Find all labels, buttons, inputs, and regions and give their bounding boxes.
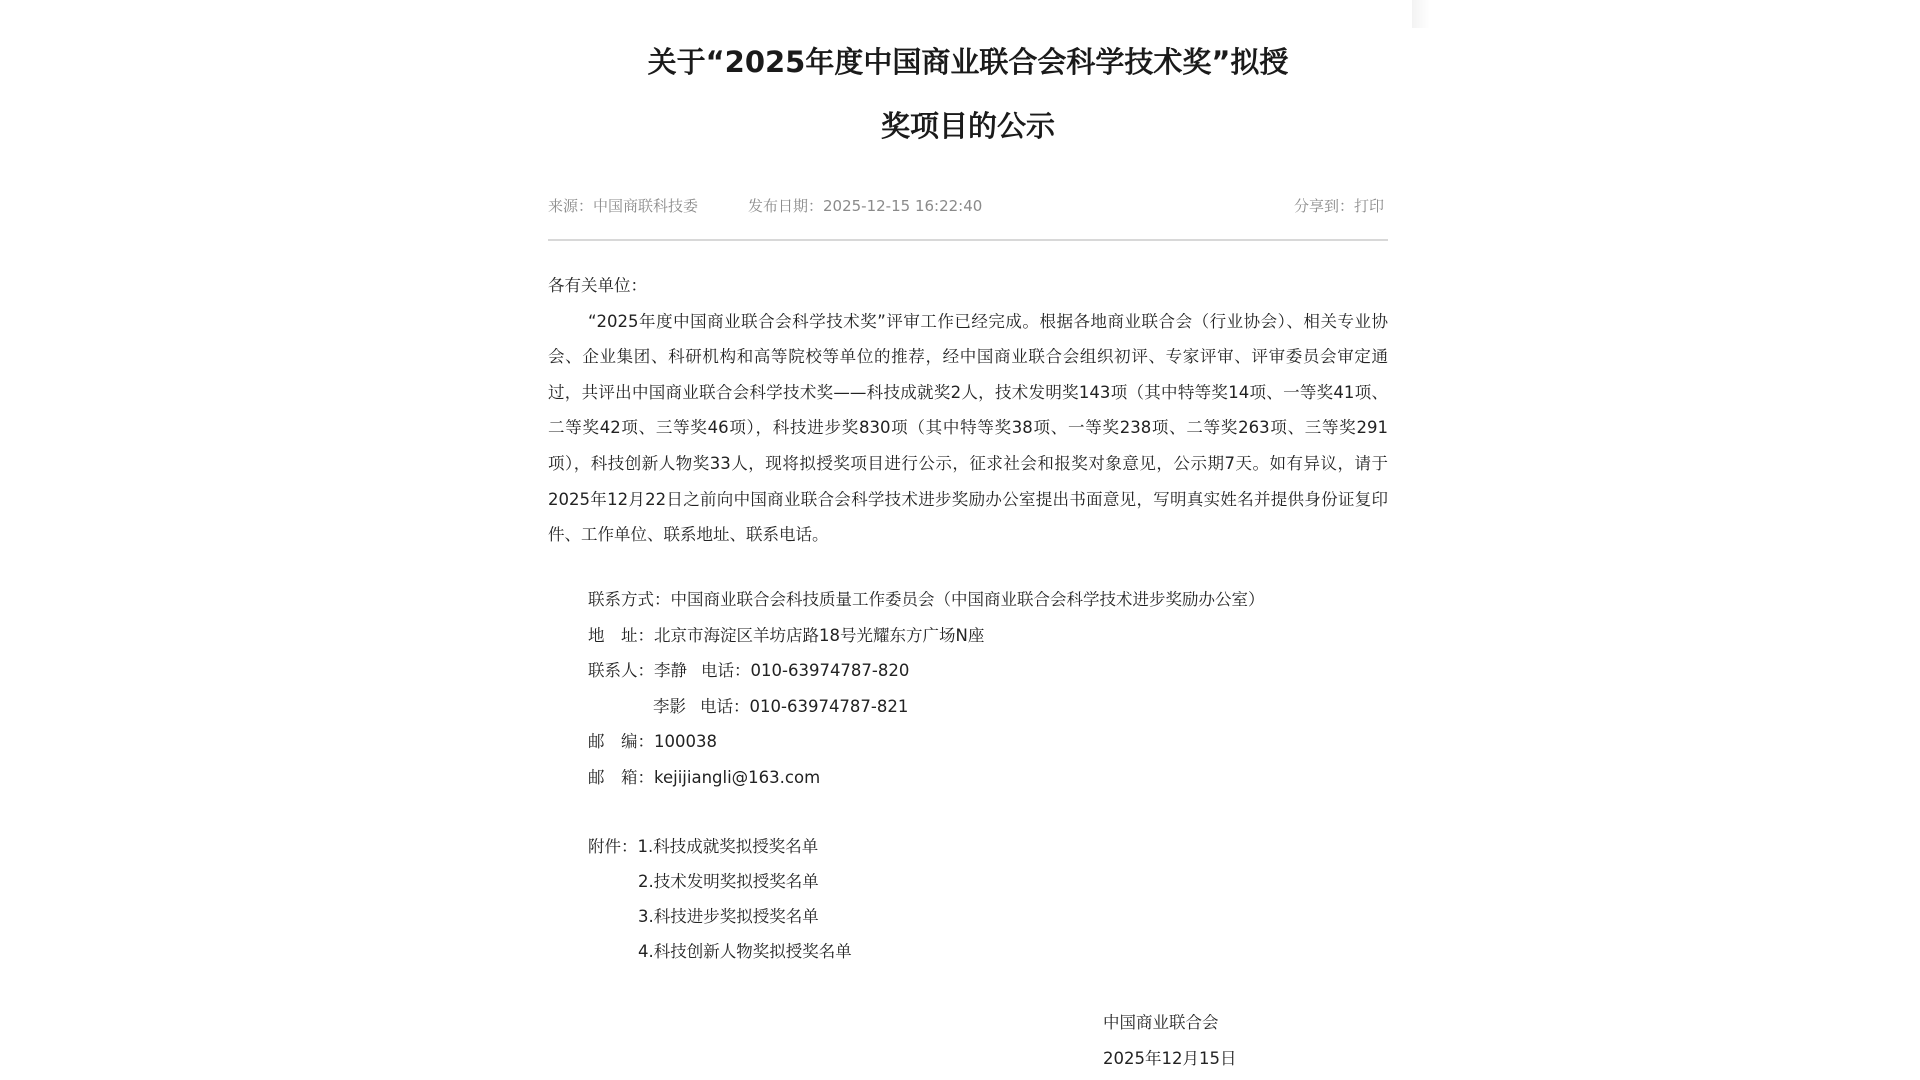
- contact-person-name: 李静: [654, 661, 687, 680]
- share-bar: 分享到：打印: [1294, 195, 1384, 216]
- email-label: 邮 箱：: [588, 768, 654, 787]
- phone-number: 010-63974787-821: [750, 697, 909, 716]
- contact-method-label: 联系方式：: [588, 590, 671, 609]
- signature-block: 中国商业联合会 2025年12月15日: [1103, 1005, 1236, 1077]
- contact-method-value: 中国商业联合会科技质量工作委员会（中国商业联合会科学技术进步奖励办公室）: [671, 590, 1265, 609]
- attachment-row-3: 3.科技进步奖拟授奖名单: [588, 899, 852, 934]
- contact-method-row: 联系方式：中国商业联合会科技质量工作委员会（中国商业联合会科学技术进步奖励办公室…: [588, 582, 1265, 618]
- contact-block: 联系方式：中国商业联合会科技质量工作委员会（中国商业联合会科学技术进步奖励办公室…: [588, 582, 1265, 795]
- postcode-value: 100038: [654, 732, 717, 751]
- attachment-link[interactable]: 1.科技成就奖拟授奖名单: [638, 837, 819, 856]
- edge-shadow: [1412, 0, 1430, 28]
- source-label: 来源：中国商联科技委: [548, 195, 698, 216]
- postcode-label: 邮 编：: [588, 732, 654, 751]
- attachments-block: 附件：1.科技成就奖拟授奖名单 2.技术发明奖拟授奖名单 3.科技进步奖拟授奖名…: [588, 829, 852, 969]
- postcode-row: 邮 编：100038: [588, 724, 1265, 760]
- phone-label: 电话：: [701, 661, 751, 680]
- meta-divider: [548, 239, 1388, 241]
- contact-person-row-2: 李影电话：010-63974787-821: [588, 689, 1265, 725]
- signature-date: 2025年12月15日: [1103, 1041, 1236, 1077]
- share-label: 分享到：: [1294, 197, 1354, 215]
- greeting: 各有关单位：: [548, 268, 1388, 304]
- page-title-line1: 关于“2025年度中国商业联合会科学技术奖”拟授: [548, 40, 1388, 81]
- phone-label: 电话：: [700, 697, 750, 716]
- contact-person-name: 李影: [653, 697, 686, 716]
- attachments-label: 附件：: [588, 837, 638, 856]
- phone-number: 010-63974787-820: [751, 661, 910, 680]
- address-row: 地 址：北京市海淀区羊坊店路18号光耀东方广场N座: [588, 618, 1265, 654]
- attachment-link[interactable]: 4.科技创新人物奖拟授奖名单: [638, 942, 852, 961]
- attachment-row-1: 附件：1.科技成就奖拟授奖名单: [588, 829, 852, 864]
- email-row: 邮 箱：kejijiangli@163.com: [588, 760, 1265, 796]
- address-value: 北京市海淀区羊坊店路18号光耀东方广场N座: [654, 626, 984, 645]
- attachment-row-4: 4.科技创新人物奖拟授奖名单: [588, 934, 852, 969]
- signature-org: 中国商业联合会: [1103, 1005, 1236, 1041]
- main-paragraph: “2025年度中国商业联合会科学技术奖”评审工作已经完成。根据各地商业联合会（行…: [548, 304, 1388, 553]
- address-label: 地 址：: [588, 626, 654, 645]
- contact-person-row-1: 联系人：李静电话：010-63974787-820: [588, 653, 1265, 689]
- email-value: kejijiangli@163.com: [654, 768, 820, 787]
- attachment-row-2: 2.技术发明奖拟授奖名单: [588, 864, 852, 899]
- print-link[interactable]: 打印: [1354, 197, 1384, 215]
- contact-person-label: 联系人：: [588, 661, 654, 680]
- attachment-link[interactable]: 2.技术发明奖拟授奖名单: [638, 872, 819, 891]
- article-meta: 来源：中国商联科技委 发布日期：2025-12-15 16:22:40 分享到：…: [548, 195, 1388, 217]
- attachment-link[interactable]: 3.科技进步奖拟授奖名单: [638, 907, 819, 926]
- notice-page: 关于“2025年度中国商业联合会科学技术奖”拟授 奖项目的公示 来源：中国商联科…: [0, 0, 1920, 1080]
- page-title-line2: 奖项目的公示: [548, 104, 1388, 145]
- article-body: 各有关单位： “2025年度中国商业联合会科学技术奖”评审工作已经完成。根据各地…: [548, 268, 1388, 553]
- publish-date: 发布日期：2025-12-15 16:22:40: [748, 195, 982, 216]
